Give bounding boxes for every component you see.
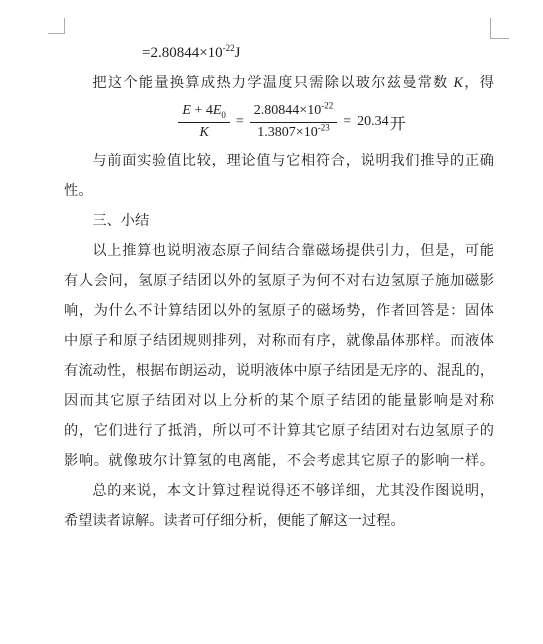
margin-crop-mark-left xyxy=(48,18,65,34)
document-page: =2.80844×10-22J 把这个能量换算成热力学温度只需除以玻尔兹曼常数 … xyxy=(0,0,543,644)
temperature-formula: E + 4E0 K = 2.80844×10-22 1.3807×10-23 =… xyxy=(64,98,494,146)
formula-result-unit: 开 xyxy=(390,111,406,134)
boltzmann-constant-symbol: K xyxy=(454,75,463,91)
equation-base: =2.80844×10 xyxy=(142,45,223,61)
text-line: 有流动性，根据布朗运动，说明液体中原子结团是无序的、混乱的， xyxy=(64,356,494,386)
equation-unit: J xyxy=(235,45,241,61)
numerator-value: 2.80844×10 xyxy=(254,103,321,118)
fraction-lhs-numerator: E + 4E0 xyxy=(178,102,230,122)
text-line: 影响。就像玻尔计算氢的电离能，不会考虑其它原子的影响一样。 xyxy=(64,446,494,476)
document-body: =2.80844×10-22J 把这个能量换算成热力学温度只需除以玻尔兹曼常数 … xyxy=(64,38,494,536)
equation-exponent: -22 xyxy=(223,43,235,53)
equals-sign-1: = xyxy=(236,114,244,130)
formula-result-value: 20.34 xyxy=(357,114,389,130)
equation-result-line: =2.80844×10-22J xyxy=(64,38,494,68)
text-line: 性。 xyxy=(64,176,494,206)
text-line: 希望读者谅解。读者可仔细分析，便能了解这一过程。 xyxy=(64,506,494,536)
paragraph-boltzmann-line: 把这个能量换算成热力学温度只需除以玻尔兹曼常数 K，得 xyxy=(64,68,494,98)
numerator-exponent: -22 xyxy=(321,101,333,111)
fraction-rhs-numerator: 2.80844×10-22 xyxy=(250,102,337,122)
denominator-value: 1.3807×10 xyxy=(257,125,317,140)
text-line: 中原子和原子结团规则排列，对称而有序，就像晶体那样。而液体 xyxy=(64,326,494,356)
text-line: 总的来说，本文计算过程说得还不够详细，尤其没作图说明， xyxy=(64,476,494,506)
subscript-zero: 0 xyxy=(221,110,226,120)
equals-sign-2: = xyxy=(343,114,351,130)
boltzmann-text-pre: 把这个能量换算成热力学温度只需除以玻尔兹曼常数 xyxy=(92,75,453,91)
text-line: 的，它们进行了抵消，所以可不计算其它原子结团对右边氢原子的 xyxy=(64,416,494,446)
text-line: 有人会问，氢原子结团以外的氢原子为何不对右边氢原子施加磁影 xyxy=(64,266,494,296)
fraction-lhs-denominator: K xyxy=(178,123,230,142)
text-line: 以上推算也说明液态原子间结合靠磁场提供引力，但是，可能 xyxy=(64,236,494,266)
text-line: 与前面实验值比较，理论值与它相符合，说明我们推导的正确 xyxy=(64,146,494,176)
variable-K: K xyxy=(199,125,208,140)
fraction-rhs: 2.80844×10-22 1.3807×10-23 xyxy=(250,102,337,141)
operator-plus-4: + 4 xyxy=(191,103,213,118)
boltzmann-text-post: ，得 xyxy=(463,75,494,91)
text-line: 响，为什么不计算结团以外的氢原子的磁场势，作者回答是：固体 xyxy=(64,296,494,326)
margin-crop-mark-right xyxy=(490,18,509,39)
section-heading-summary: 三、小结 xyxy=(64,206,494,236)
denominator-exponent: -23 xyxy=(318,122,330,132)
fraction-rhs-denominator: 1.3807×10-23 xyxy=(250,123,337,142)
variable-E: E xyxy=(182,103,191,118)
text-line: 因而其它原子结团对以上分析的某个原子结团的能量影响是对称 xyxy=(64,386,494,416)
fraction-lhs: E + 4E0 K xyxy=(178,102,230,141)
